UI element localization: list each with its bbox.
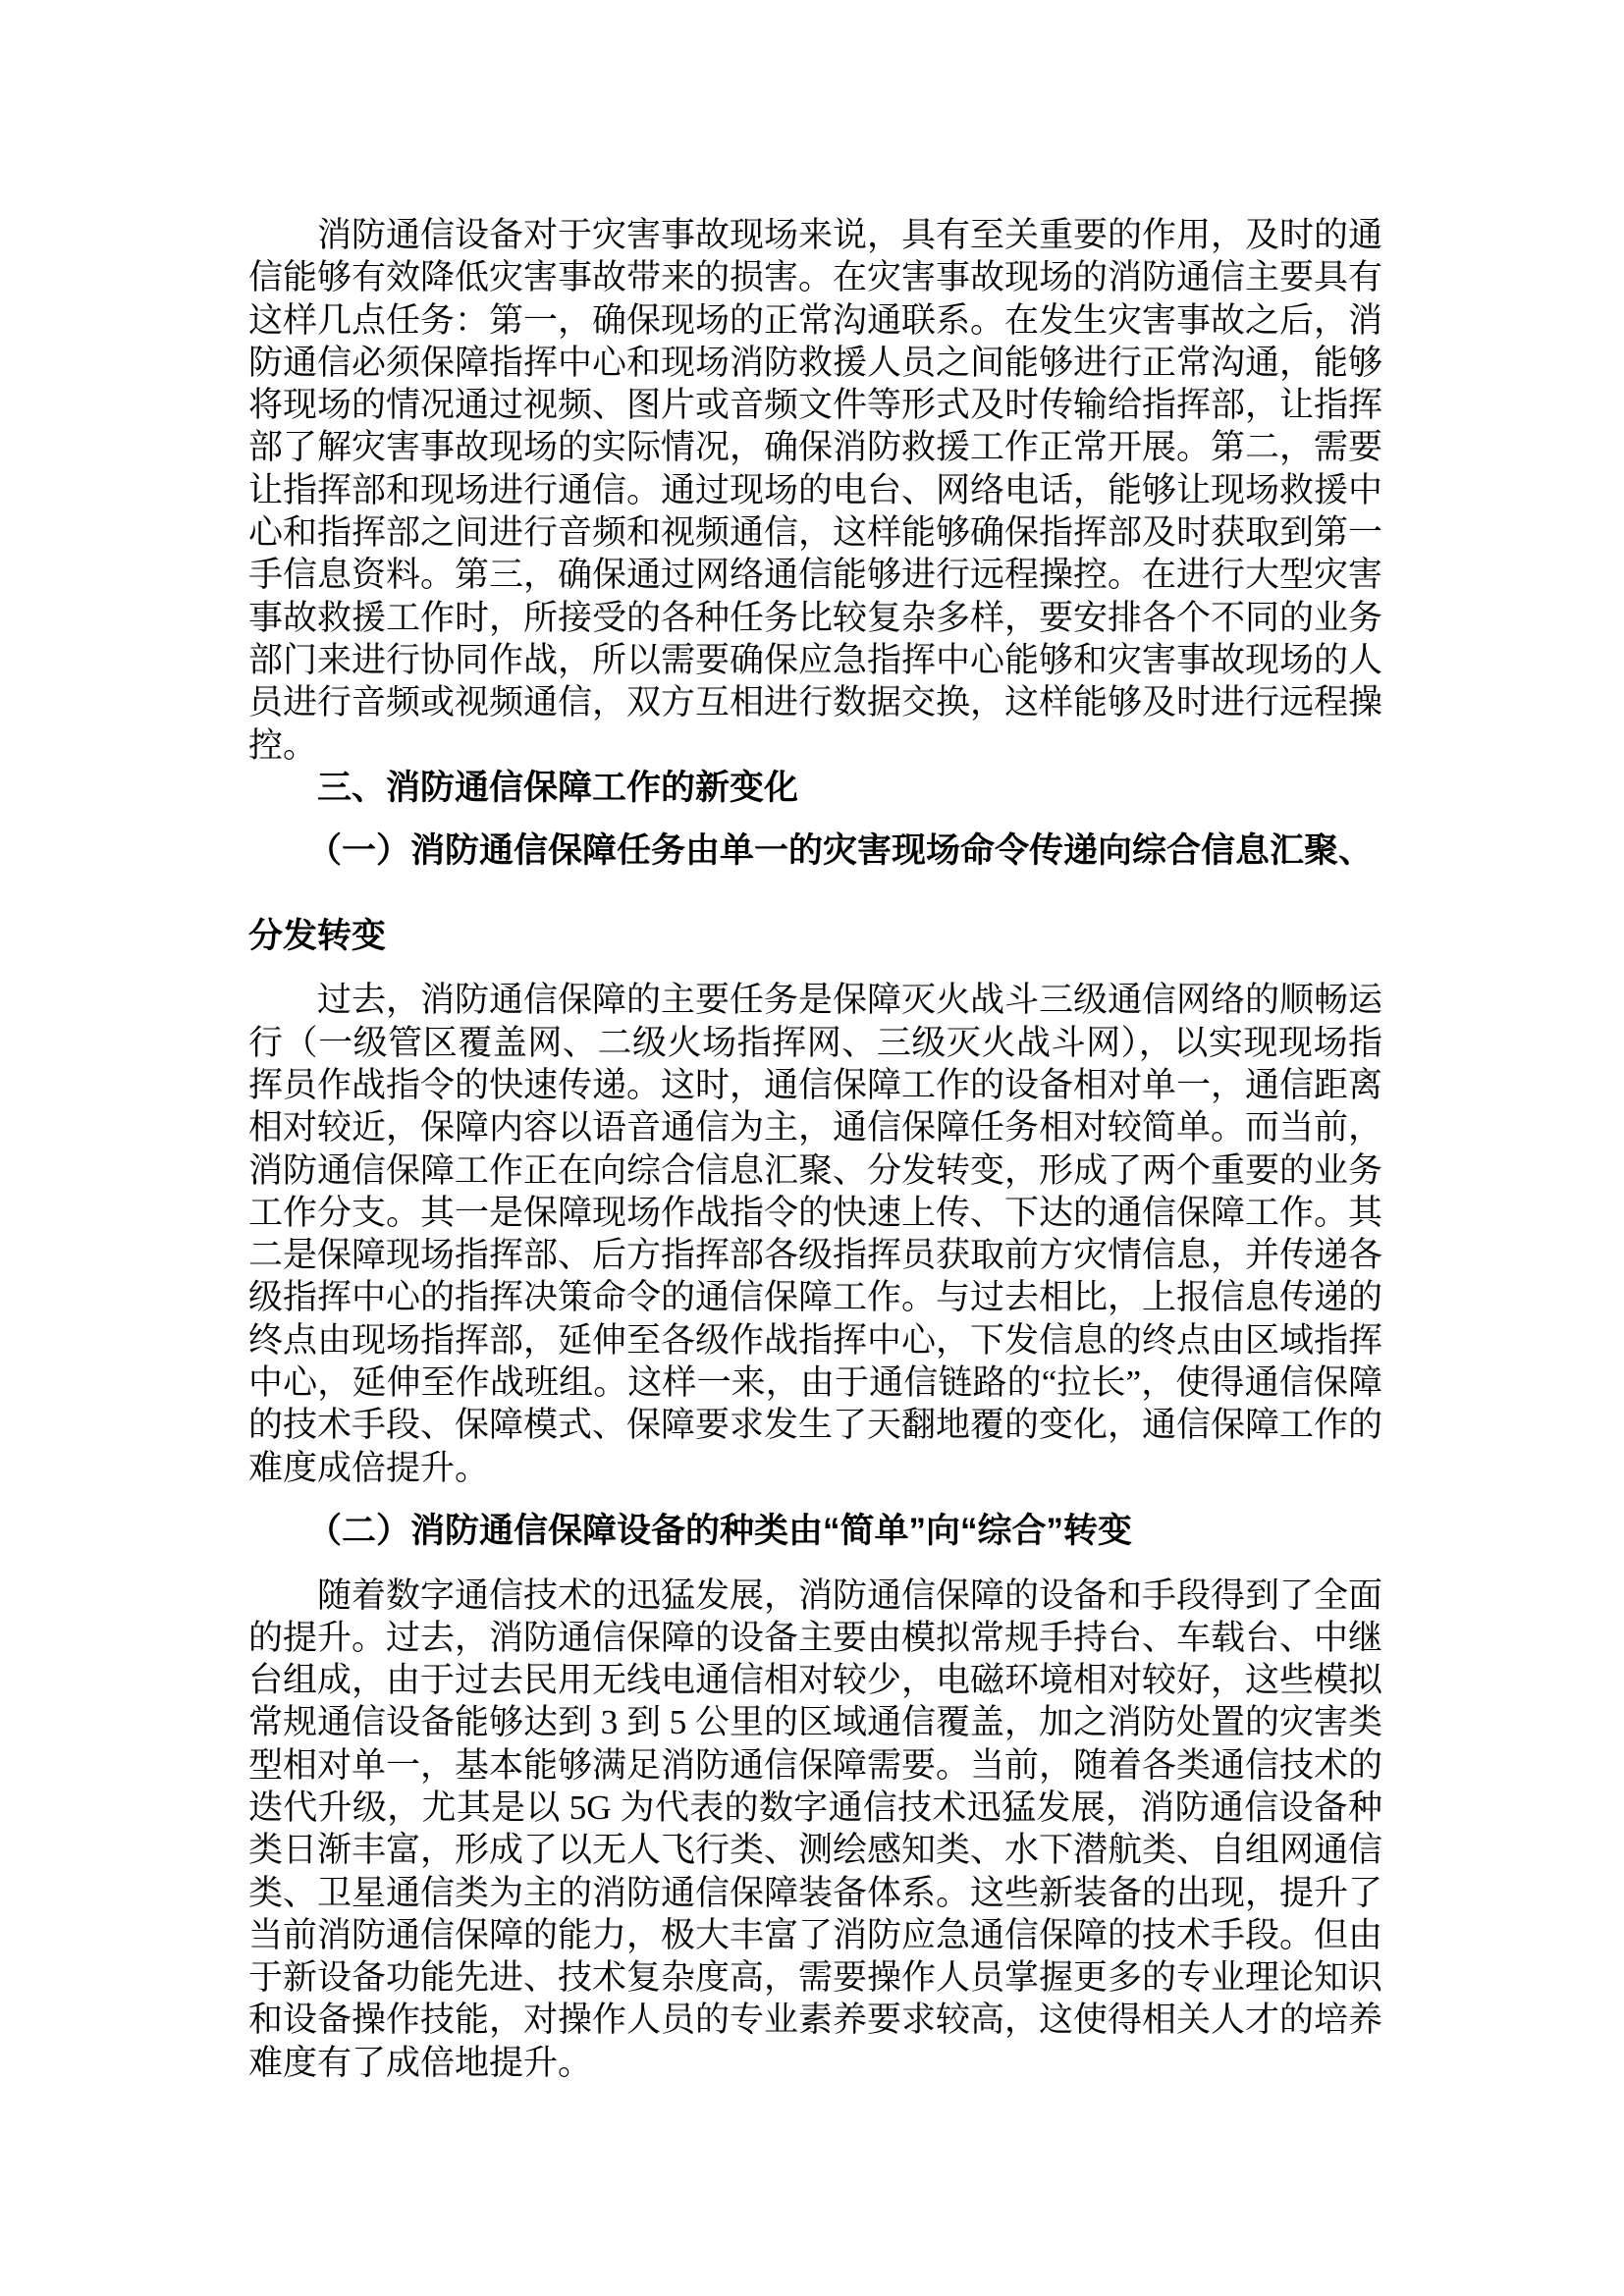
document-page: 消防通信设备对于灾害事故现场来说，具有至关重要的作用，及时的通信能够有效降低灾害… [0,0,1624,2296]
document-body: 消防通信设备对于灾害事故现场来说，具有至关重要的作用，及时的通信能够有效降低灾害… [248,214,1382,2084]
subsection-heading-1: （一）消防通信保障任务由单一的灾害现场命令传递向综合信息汇聚、 分发转变 [248,809,1382,979]
subsection-heading-2: （二）消防通信保障设备的种类由“简单”向“综合”转变 [248,1489,1382,1575]
body-paragraph-3: 随着数字通信技术的迅猛发展，消防通信保障的设备和手段得到了全面的提升。过去，消防… [248,1575,1382,2085]
section-heading: 三、消防通信保障工作的新变化 [248,767,1382,809]
body-paragraph-2: 过去，消防通信保障的主要任务是保障灭火战斗三级通信网络的顺畅运行（一级管区覆盖网… [248,979,1382,1489]
body-paragraph-1: 消防通信设备对于灾害事故现场来说，具有至关重要的作用，及时的通信能够有效降低灾害… [248,214,1382,767]
